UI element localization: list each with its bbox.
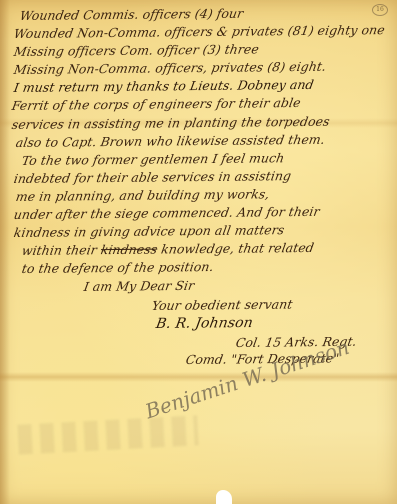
body-line-14: within their kindness knowledge, that re… bbox=[21, 240, 315, 258]
signature: B. R. Johnson bbox=[155, 315, 254, 332]
body-line-1: Wounded Commis. officers (4) four bbox=[19, 6, 245, 23]
body-line-3: Missing officers Com. officer (3) three bbox=[13, 41, 260, 59]
body-line-13: kindness in giving advice upon all matte… bbox=[13, 222, 286, 240]
paper-tear bbox=[216, 490, 232, 504]
valediction: Your obedient servant bbox=[151, 297, 294, 313]
paper-edge-shadow bbox=[0, 0, 10, 504]
letter-page: 16 Wounded Commis. officers (4) four Wou… bbox=[0, 0, 397, 504]
body-line-7: services in assisting me in planting the… bbox=[11, 114, 331, 132]
body-line-9: To the two former gentlemen I feel much bbox=[21, 150, 286, 168]
body-line-11: me in planning, and building my works, bbox=[15, 186, 271, 204]
body-line-14-end: knowledge, that related bbox=[160, 240, 315, 257]
body-line-4: Missing Non-Comma. officers, privates (8… bbox=[13, 59, 328, 77]
page-number-circled: 16 bbox=[372, 4, 388, 16]
struck-out-word: kindness bbox=[100, 242, 159, 258]
faded-bleed-through-text bbox=[17, 415, 198, 454]
body-line-12: under after the siege commenced. And for… bbox=[13, 204, 321, 222]
body-line-6: Ferrit of the corps of engineers for the… bbox=[11, 95, 302, 113]
body-line-14-start: within their bbox=[21, 242, 98, 258]
body-line-10: indebted for their able services in assi… bbox=[13, 168, 293, 186]
salutation: I am My Dear Sir bbox=[83, 278, 196, 294]
body-line-2: Wounded Non-Comma. officers & privates (… bbox=[13, 22, 386, 41]
paper-fold-lower bbox=[0, 372, 397, 382]
body-line-15: to the defence of the position. bbox=[21, 259, 215, 276]
body-line-5: I must return my thanks to Lieuts. Dobne… bbox=[13, 77, 315, 95]
body-line-8: also to Capt. Brown who likewise assiste… bbox=[15, 132, 326, 150]
